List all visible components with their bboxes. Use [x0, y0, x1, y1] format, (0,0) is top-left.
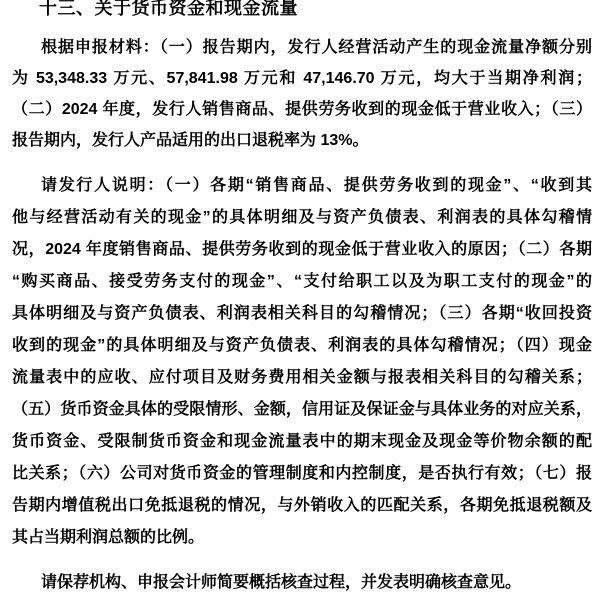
text-line: 流量表中的应收、应付项目及财务费用相关金额与报表相关科目的勾稽关系； — [12, 362, 592, 394]
text-line: （二）2024 年度，发行人销售商品、提供劳务收到的现金低于营业收入；（三） — [12, 94, 592, 125]
text-line: 他与经营活动有关的现金”的具体明细及与资产负债表、利润表的具体勾稽情 — [12, 202, 592, 234]
text-line: 况，2024 年度销售商品、提供劳务收到的现金低于营业收入的原因；（二）各期 — [12, 234, 592, 266]
paragraph: 请发行人说明：（一）各期“销售商品、提供劳务收到的现金”、“收到其他与经营活动有… — [12, 170, 592, 554]
text-line: 请发行人说明：（一）各期“销售商品、提供劳务收到的现金”、“收到其 — [12, 170, 592, 202]
document-body: 根据申报材料：（一）报告期内，发行人经营活动产生的现金流量净额分别为 53,34… — [12, 32, 592, 599]
section-heading: 十三、关于货币资金和现金流量 — [12, 0, 592, 20]
text-line: 根据申报材料：（一）报告期内，发行人经营活动产生的现金流量净额分别 — [12, 32, 592, 63]
page: { "colors": { "background": "#ffffff", "… — [0, 0, 598, 600]
paragraph: 根据申报材料：（一）报告期内，发行人经营活动产生的现金流量净额分别为 53,34… — [12, 32, 592, 156]
text-line: 告期内增值税出口免抵退税的情况，与外销收入的匹配关系，各期免抵退税额及 — [12, 490, 592, 522]
text-line: （五）货币资金具体的受限情形、金额，信用证及保证金与具体业务的对应关系， — [12, 394, 592, 426]
text-line: 请保荐机构、申报会计师简要概括核查过程，并发表明确核查意见。 — [12, 567, 592, 599]
text-line: 货币资金、受限制货币资金和现金流量表中的期末现金及现金等价物余额的配 — [12, 426, 592, 458]
text-line: 为 53,348.33 万元、57,841.98 万元和 47,146.70 万… — [12, 63, 592, 94]
text-line: 报告期内，发行人产品适用的出口退税率为 13%。 — [12, 125, 592, 156]
text-line: 收到的现金”的具体明细及与资产负债表、利润表的具体勾稽情况；（四）现金 — [12, 330, 592, 362]
paragraph: 请保荐机构、申报会计师简要概括核查过程，并发表明确核查意见。 — [12, 567, 592, 599]
text-line: 具体明细及与资产负债表、利润表相关科目的勾稽情况；（三）各期“收回投资 — [12, 298, 592, 330]
text-line: 比关系；（六）公司对货币资金的管理制度和内控制度，是否执行有效；（七）报 — [12, 458, 592, 490]
document-page: 十三、关于货币资金和现金流量 根据申报材料：（一）报告期内，发行人经营活动产生的… — [0, 0, 598, 599]
text-line: 其占当期利润总额的比例。 — [12, 522, 592, 554]
text-line: “购买商品、接受劳务支付的现金”、“支付给职工以及为职工支付的现金”的 — [12, 266, 592, 298]
